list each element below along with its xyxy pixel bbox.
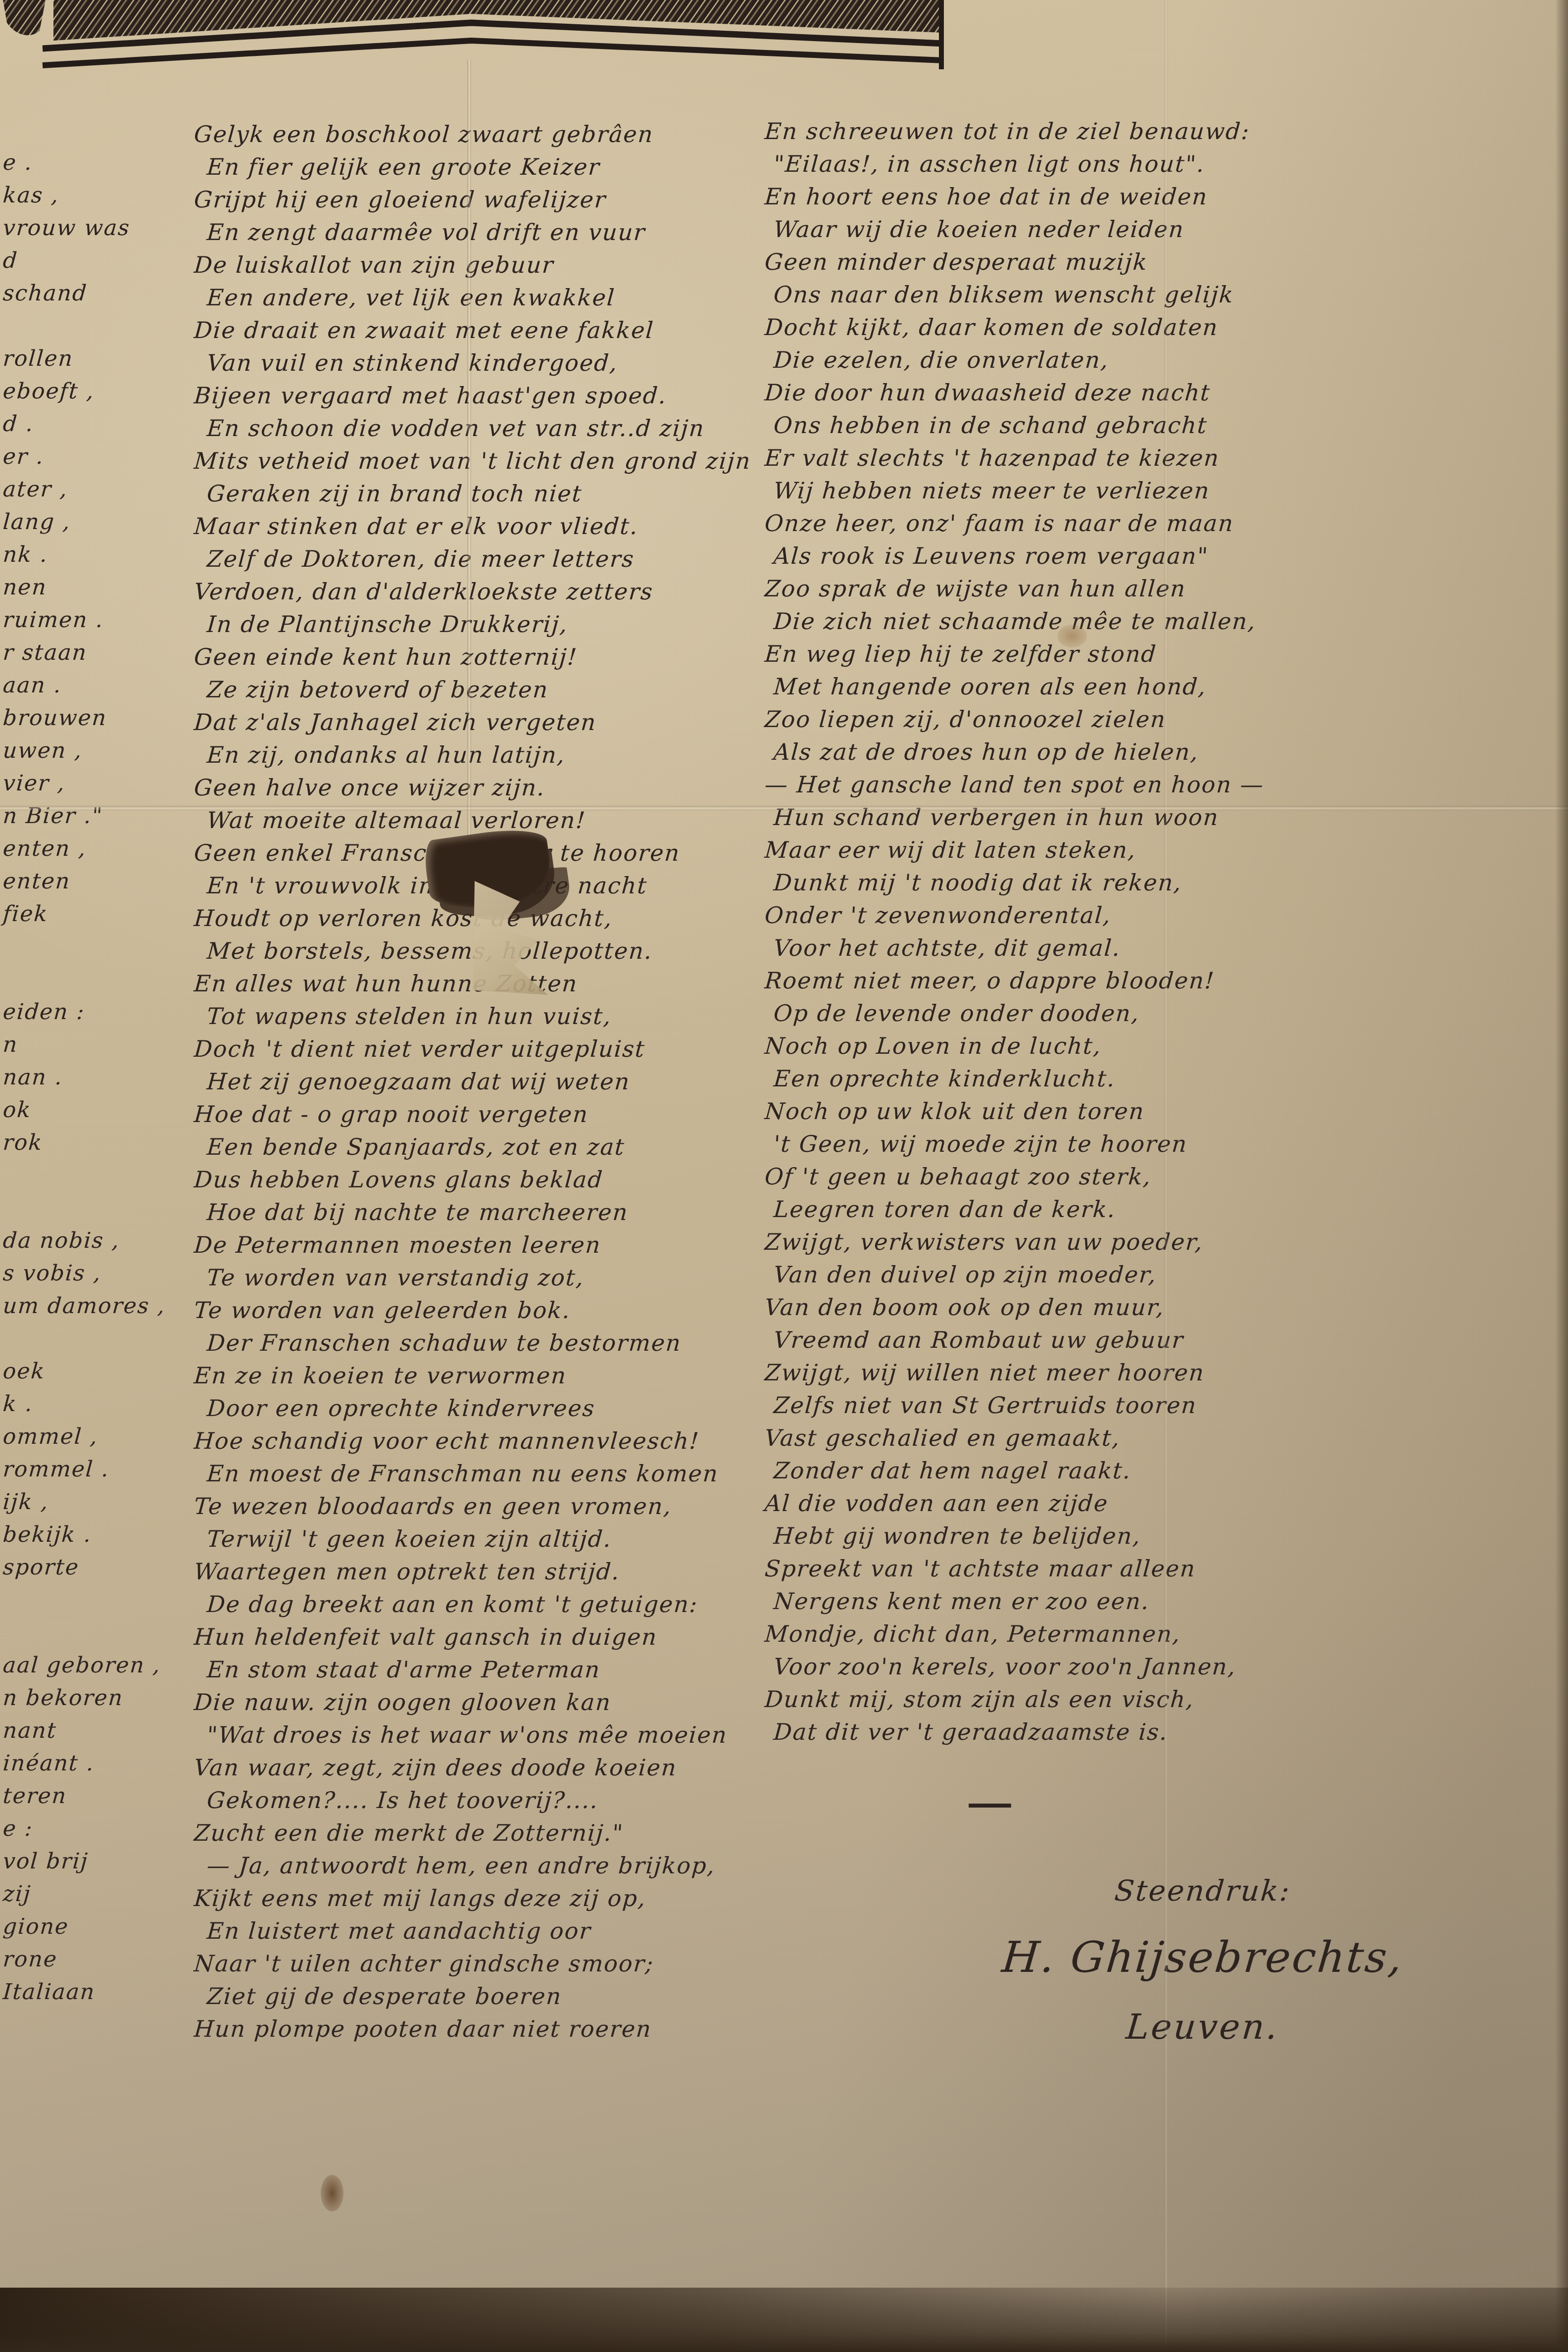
poem-line: Naar 't uilen achter gindsche smoor;: [193, 1947, 770, 1980]
poem-line: Doch 't dient niet verder uitgepluist: [193, 1032, 770, 1065]
poem-line: Onze heer, onz' faam is naar de maan: [764, 507, 1459, 539]
poem-line: Zonder dat hem nagel raakt.: [773, 1454, 1459, 1487]
poem-line-fragment: nen: [2, 571, 188, 604]
poem-line: Hun heldenfeit valt gansch in duigen: [193, 1620, 770, 1653]
poem-line: — Ja, antwoordt hem, een andre brijkop,: [206, 1849, 770, 1882]
poem-line: En stom staat d'arme Peterman: [206, 1653, 770, 1686]
middle-poem-column: Gelyk een boschkool zwaart gebrâenEn fie…: [194, 118, 768, 2045]
poem-line: Waar wij die koeien neder leiden: [773, 213, 1459, 245]
paper-stain: [1057, 625, 1087, 647]
colophon: Steendruk: H. Ghijsebrechts, Leuven.: [906, 1861, 1500, 2059]
poem-line: Er valt slechts 't hazenpad te kiezen: [764, 441, 1459, 474]
poem-line: En schoon die vodden vet van str..d zijn: [206, 412, 770, 444]
poem-line: Gelyk een boschkool zwaart gebrâen: [193, 118, 770, 150]
poem-line: Ons naar den bliksem wenscht gelijk: [773, 278, 1459, 311]
poem-line: Grijpt hij een gloeiend wafelijzer: [193, 183, 770, 216]
poem-line-fragment: nan .: [2, 1061, 188, 1094]
poem-line: Zwijgt, wij willen niet meer hooren: [764, 1356, 1459, 1389]
poem-line-fragment: k .: [2, 1388, 188, 1421]
poem-line: Mits vetheid moet van 't licht den grond…: [193, 444, 770, 477]
poem-line-fragment: d: [2, 245, 188, 277]
poem-line: Van vuil en stinkend kindergoed,: [206, 346, 770, 379]
poem-line: En zengt daarmêe vol drift en vuur: [206, 216, 770, 248]
poem-line: Die ezelen, die onverlaten,: [773, 343, 1459, 376]
poem-line-fragment: eboeft ,: [2, 375, 188, 408]
poem-line-fragment: vier ,: [2, 767, 188, 800]
poem-line: Die zich niet schaamde mêe te mallen,: [773, 605, 1459, 637]
poem-line: En moest de Franschman nu eens komen: [206, 1457, 770, 1490]
poem-line: Te worden van geleerden bok.: [193, 1294, 770, 1326]
poem-line: Hoe dat bij nachte te marcheeren: [206, 1196, 770, 1228]
poem-line: Ziet gij de desperate boeren: [206, 1980, 770, 2012]
poem-line-fragment: schand: [2, 277, 188, 310]
poem-line-fragment: inéant .: [2, 1747, 188, 1780]
poem-line: Geraken zij in brand toch niet: [206, 477, 770, 510]
poem-line: De luiskallot van zijn gebuur: [193, 248, 770, 281]
poem-line-fragment: rok: [2, 1127, 188, 1159]
poem-line: Zoo sprak de wijste van hun allen: [764, 572, 1459, 605]
poem-line: Geen einde kent hun zotternij!: [193, 640, 770, 673]
poem-line-fragment: oek: [2, 1355, 188, 1388]
engraving-fragment: [0, 0, 1568, 129]
poem-line: Te wezen bloodaards en geen vromen,: [193, 1490, 770, 1522]
poem-line: Voor het achtste, dit gemal.: [773, 931, 1459, 964]
poem-line: Vreemd aan Rombaut uw gebuur: [773, 1323, 1459, 1356]
poem-line-fragment: e .: [2, 147, 188, 179]
vertical-fold-crease: [467, 59, 471, 861]
poem-line-fragment: n Bier .": [2, 800, 188, 833]
poem-line: Die nauw. zijn oogen glooven kan: [193, 1686, 770, 1718]
page-edge-shadow: [0, 2288, 1568, 2352]
poem-line: Voor zoo'n kerels, voor zoo'n Jannen,: [773, 1650, 1459, 1683]
poem-line: "Eilaas!, in asschen ligt ons hout".: [773, 147, 1459, 180]
poem-line-fragment: vrouw was: [2, 212, 188, 245]
poem-line: Zucht een die merkt de Zotternij.": [193, 1816, 770, 1849]
poem-line-fragment: uwen ,: [2, 735, 188, 767]
poem-line: En hoort eens hoe dat in de weiden: [764, 180, 1459, 213]
poem-line: Noch op Loven in de lucht,: [764, 1029, 1459, 1062]
poem-line: Die door hun dwaasheid deze nacht: [764, 376, 1459, 409]
poem-line: 't Geen, wij moede zijn te hooren: [773, 1127, 1459, 1160]
poem-line-fragment: er .: [2, 441, 188, 473]
paper-stain: [321, 2175, 343, 2211]
end-of-poem-divider: —: [966, 1783, 1011, 1822]
left-column-text-fragments: e .kas ,vrouw wasdschand·rolleneboeft ,d…: [3, 147, 186, 2009]
poem-line: Hun plompe pooten daar niet roeren: [193, 2012, 770, 2045]
poem-line-fragment: brouwen: [2, 702, 188, 735]
poem-line-fragment: nk .: [2, 539, 188, 571]
poem-line: Tot wapens stelden in hun vuist,: [206, 1000, 770, 1032]
poem-line: Door een oprechte kindervrees: [206, 1392, 770, 1424]
poem-line: Waartegen men optrekt ten strijd.: [193, 1555, 770, 1588]
poem-line: Ons hebben in de schand gebracht: [773, 409, 1459, 441]
poem-line: In de Plantijnsche Drukkerij,: [206, 608, 770, 640]
vertical-fold-crease: [1164, 0, 1168, 2352]
poem-line: En weg liep hij te zelfder stond: [764, 637, 1459, 670]
poem-line-fragment: ommel ,: [2, 1421, 188, 1453]
poem-line: Dat z'als Janhagel zich vergeten: [193, 706, 770, 738]
poem-line: Op de levende onder dooden,: [773, 997, 1459, 1029]
colophon-label: Steendruk:: [903, 1861, 1502, 1920]
poem-line: Verdoen, dan d'alderkloekste zetters: [193, 575, 770, 608]
poem-line-fragment: rommel .: [2, 1453, 188, 1486]
poem-line: Met hangende ooren als een hond,: [773, 670, 1459, 703]
poem-line-fragment: rollen: [2, 343, 188, 375]
poem-line: Noch op uw klok uit den toren: [764, 1095, 1459, 1127]
poem-line: Gekomen?.... Is het tooverij?....: [206, 1784, 770, 1816]
page-edge-shadow: [1555, 0, 1568, 2352]
poem-line: Dunkt mij 't noodig dat ik reken,: [773, 866, 1459, 899]
poem-line: Dus hebben Lovens glans beklad: [193, 1163, 770, 1196]
poem-line-fragment: n: [2, 1029, 188, 1061]
poem-line: Te worden van verstandig zot,: [206, 1261, 770, 1294]
poem-line-fragment: ijk ,: [2, 1486, 188, 1519]
poem-line-fragment: d .: [2, 408, 188, 441]
poem-line-fragment: enten ,: [2, 833, 188, 865]
poem-line-fragment: vol brij: [2, 1845, 188, 1878]
poem-line-fragment: aan .: [2, 669, 188, 702]
poem-line: Terwijl 't geen koeien zijn altijd.: [206, 1522, 770, 1555]
poem-line: Dunkt mij, stom zijn als een visch,: [764, 1683, 1459, 1715]
poem-line: Spreekt van 't achtste maar alleen: [764, 1552, 1459, 1585]
poem-line-fragment: nant: [2, 1715, 188, 1747]
poem-line: Maar eer wij dit laten steken,: [764, 833, 1459, 866]
poem-line: Van waar, zegt, zijn dees doode koeien: [193, 1751, 770, 1784]
poem-line-fragment: gione: [2, 1911, 188, 1943]
poem-line: Die draait en zwaait met eene fakkel: [193, 314, 770, 346]
poem-line-fragment: ruimen .: [2, 604, 188, 637]
poem-line: Het zij genoegzaam dat wij weten: [206, 1065, 770, 1098]
poem-line: Maar stinken dat er elk voor vliedt.: [193, 510, 770, 542]
poem-line-fragment: um damores ,: [2, 1290, 188, 1323]
printer-name: H. Ghijsebrechts,: [902, 1920, 1503, 1995]
poem-line-fragment: e :: [2, 1813, 188, 1845]
poem-line: Een oprechte kinderklucht.: [773, 1062, 1459, 1095]
poem-line: Hoe schandig voor echt mannenvleesch!: [193, 1424, 770, 1457]
poem-line: Der Franschen schaduw te bestormen: [206, 1326, 770, 1359]
poem-line: — Het gansche land ten spot en hoon —: [764, 768, 1459, 801]
poem-line: "Wat droes is het waar w'ons mêe moeien: [206, 1718, 770, 1751]
poem-line: Docht kijkt, daar komen de soldaten: [764, 311, 1459, 343]
poem-line-fragment: ok: [2, 1094, 188, 1127]
printer-place: Leuven.: [903, 1995, 1502, 2059]
poem-line-fragment: enten: [2, 865, 188, 898]
poem-line: Wij hebben niets meer te verliezen: [773, 474, 1459, 507]
poem-line: Zoo liepen zij, d'onnoozel zielen: [764, 703, 1459, 735]
poem-line-fragment: fiek: [2, 898, 188, 931]
poem-line-fragment: n bekoren: [2, 1682, 188, 1715]
poem-line-fragment: sporte: [2, 1551, 188, 1584]
poem-line-fragment: Italiaan: [2, 1976, 188, 2009]
poem-line: Onder 't zevenwonderental,: [764, 899, 1459, 931]
poem-line: Zelf de Doktoren, die meer letters: [206, 542, 770, 575]
poem-line-fragment: da nobis ,: [2, 1225, 188, 1257]
poem-line: Kijkt eens met mij langs deze zij op,: [193, 1882, 770, 1914]
poem-line: En zij, ondanks al hun latijn,: [206, 738, 770, 771]
poem-line: Een andere, vet lijk een kwakkel: [206, 281, 770, 314]
poem-line: Dat dit ver 't geraadzaamste is.: [773, 1715, 1459, 1748]
poem-line: En fier gelijk een groote Keizer: [206, 150, 770, 183]
poem-line: En ze in koeien te verwormen: [193, 1359, 770, 1392]
poem-line-fragment: lang ,: [2, 506, 188, 539]
poem-line: En luistert met aandachtig oor: [206, 1914, 770, 1947]
poem-line: Van den duivel op zijn moeder,: [773, 1258, 1459, 1291]
poem-line: De dag breekt aan en komt 't getuigen:: [206, 1588, 770, 1620]
poem-line: Leegren toren dan de kerk.: [773, 1193, 1459, 1225]
poem-line: De Petermannen moesten leeren: [193, 1228, 770, 1261]
poem-line-fragment: eiden :: [2, 996, 188, 1029]
poem-line: Bijeen vergaard met haast'gen spoed.: [193, 379, 770, 412]
poem-line: En schreeuwen tot in de ziel benauwd:: [764, 115, 1459, 147]
poem-line: Hebt gij wondren te belijden,: [773, 1519, 1459, 1552]
poem-line-fragment: ater ,: [2, 473, 188, 506]
poem-line: Ze zijn betoverd of bezeten: [206, 673, 770, 706]
poem-line: Nergens kent men er zoo een.: [773, 1585, 1459, 1617]
poem-line: Een bende Spanjaards, zot en zat: [206, 1130, 770, 1163]
poem-line-fragment: s vobis ,: [2, 1257, 188, 1290]
right-poem-column: En schreeuwen tot in de ziel benauwd:"Ei…: [765, 115, 1458, 1748]
poem-line: Of 't geen u behaagt zoo sterk,: [764, 1160, 1459, 1193]
poem-line-fragment: teren: [2, 1780, 188, 1813]
poem-line-fragment: bekijk .: [2, 1519, 188, 1551]
poem-line: Zwijgt, verkwisters van uw poeder,: [764, 1225, 1459, 1258]
horizontal-fold-crease: [0, 806, 1568, 811]
poem-line: Vast geschalied en gemaakt,: [764, 1421, 1459, 1454]
photographed-broadside-page: e .kas ,vrouw wasdschand·rolleneboeft ,d…: [0, 0, 1568, 2352]
poem-line-fragment: r staan: [2, 637, 188, 669]
poem-line: Zelfs niet van St Gertruids tooren: [773, 1389, 1459, 1421]
poem-line: Van den boom ook op den muur,: [764, 1291, 1459, 1323]
poem-line-fragment: aal geboren ,: [2, 1649, 188, 1682]
poem-line: Geen minder desperaat muzijk: [764, 245, 1459, 278]
poem-line: Hoe dat - o grap nooit vergeten: [193, 1098, 770, 1130]
poem-line-fragment: rone: [2, 1943, 188, 1976]
poem-line: Mondje, dicht dan, Petermannen,: [764, 1617, 1459, 1650]
poem-line: Roemt niet meer, o dappre blooden!: [764, 964, 1459, 997]
poem-line-fragment: zij: [2, 1878, 188, 1911]
poem-line-fragment: kas ,: [2, 179, 188, 212]
poem-line: Geen halve once wijzer zijn.: [193, 771, 770, 804]
poem-line: Als rook is Leuvens roem vergaan": [773, 539, 1459, 572]
poem-line: Al die vodden aan een zijde: [764, 1487, 1459, 1519]
poem-line: Als zat de droes hun op de hielen,: [773, 735, 1459, 768]
